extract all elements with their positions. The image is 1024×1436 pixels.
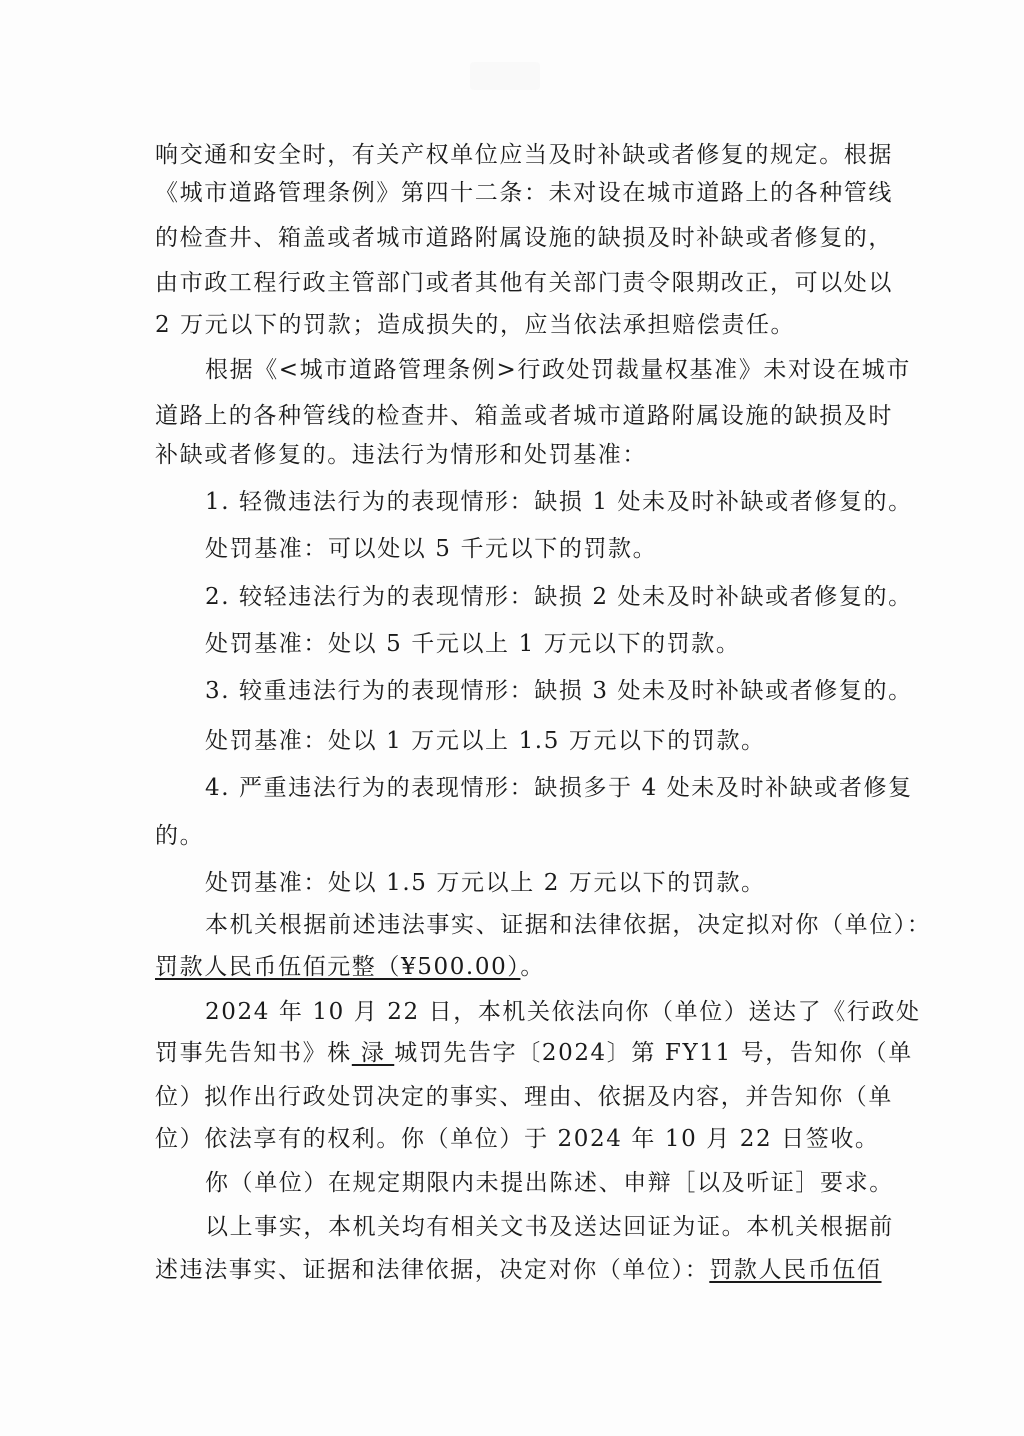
proposed-decision-line: 本机关根据前述违法事实、证据和法律依据，决定拟对你（单位）： bbox=[205, 908, 869, 942]
notice-doc-prefix: 罚事先告知书》株 bbox=[155, 1040, 352, 1066]
no-statement-line: 你（单位）在规定期限内未提出陈述、申辩［以及听证］要求。 bbox=[205, 1166, 869, 1200]
violation-level-4-cont: 的。 bbox=[155, 819, 869, 853]
body-line-1: 响交通和安全时，有关产权单位应当及时补缺或者修复的规定。根据 bbox=[155, 138, 869, 172]
document-page: 响交通和安全时，有关产权单位应当及时补缺或者修复的规定。根据 《城市道路管理条例… bbox=[0, 0, 1024, 1436]
page-header-smudge bbox=[470, 62, 540, 90]
notice-line-2: 罚事先告知书》株 渌 城罚先告字〔2024〕第 FY11 号，告知你（单 bbox=[155, 1036, 869, 1070]
penalty-standard-4: 处罚基准：处以 1.5 万元以上 2 万元以下的罚款。 bbox=[205, 866, 869, 900]
violation-level-4: 4. 严重违法行为的表现情形：缺损多于 4 处未及时补缺或者修复 bbox=[205, 771, 869, 805]
notice-line-3: 位）拟作出行政处罚决定的事实、理由、依据及内容，并告知你（单 bbox=[155, 1080, 869, 1114]
notice-line-1: 2024 年 10 月 22 日，本机关依法向你（单位）送达了《行政处 bbox=[205, 995, 869, 1029]
proposed-penalty-amount: 罚款人民币伍佰元整（¥500.00） bbox=[155, 954, 520, 980]
notice-doc-district: 渌 bbox=[352, 1040, 394, 1066]
penalty-standard-3: 处罚基准：处以 1 万元以上 1.5 万元以下的罚款。 bbox=[205, 724, 869, 758]
discretion-standard-intro: 根据《<城市道路管理条例>行政处罚裁量权基准》未对设在城市 bbox=[205, 353, 869, 387]
final-penalty-amount: 罚款人民币伍佰 bbox=[709, 1257, 881, 1283]
notice-line-4: 位）依法享有的权利。你（单位）于 2024 年 10 月 22 日签收。 bbox=[155, 1122, 869, 1156]
proposed-penalty-line: 罚款人民币伍佰元整（¥500.00）。 bbox=[155, 950, 869, 984]
violation-level-3: 3. 较重违法行为的表现情形：缺损 3 处未及时补缺或者修复的。 bbox=[205, 674, 869, 708]
notice-doc-number: 城罚先告字〔2024〕第 FY11 号，告知你（单 bbox=[394, 1040, 913, 1066]
final-decision-line: 述违法事实、证据和法律依据，决定对你（单位）：罚款人民币伍佰 bbox=[155, 1253, 869, 1287]
final-decision-text: 述违法事实、证据和法律依据，决定对你（单位）： bbox=[155, 1257, 709, 1283]
body-line-7: 道路上的各种管线的检查井、箱盖或者城市道路附属设施的缺损及时 bbox=[155, 399, 869, 433]
penalty-standard-1: 处罚基准：可以处以 5 千元以下的罚款。 bbox=[205, 532, 869, 566]
violation-level-1: 1. 轻微违法行为的表现情形：缺损 1 处未及时补缺或者修复的。 bbox=[205, 485, 869, 519]
body-line-2: 《城市道路管理条例》第四十二条：未对设在城市道路上的各种管线 bbox=[155, 176, 869, 210]
body-line-4: 由市政工程行政主管部门或者其他有关部门责令限期改正，可以处以 bbox=[155, 266, 869, 300]
evidence-line: 以上事实，本机关均有相关文书及送达回证为证。本机关根据前 bbox=[205, 1210, 869, 1244]
body-line-5: 2 万元以下的罚款；造成损失的，应当依法承担赔偿责任。 bbox=[155, 308, 869, 342]
violation-level-2: 2. 较轻违法行为的表现情形：缺损 2 处未及时补缺或者修复的。 bbox=[205, 580, 869, 614]
penalty-standard-2: 处罚基准：处以 5 千元以上 1 万元以下的罚款。 bbox=[205, 627, 869, 661]
body-line-3: 的检查井、箱盖或者城市道路附属设施的缺损及时补缺或者修复的， bbox=[155, 221, 869, 255]
proposed-penalty-period: 。 bbox=[520, 954, 545, 980]
body-line-8: 补缺或者修复的。违法行为情形和处罚基准： bbox=[155, 438, 869, 472]
